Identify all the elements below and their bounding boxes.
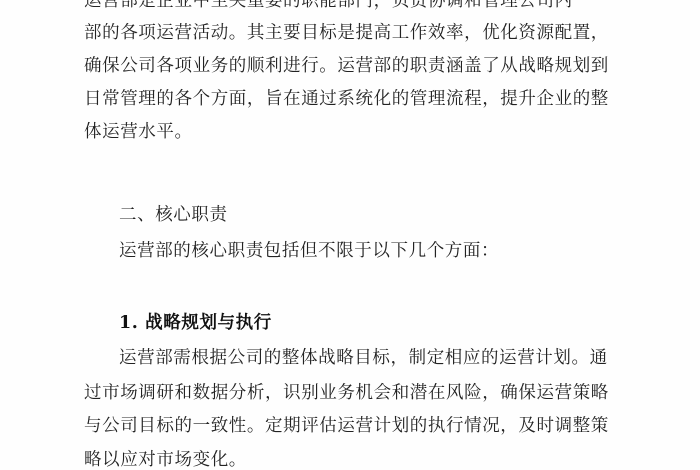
section-intro: 运营部的核心职责包括但不限于以下几个方面： xyxy=(119,241,499,261)
intro-line-2: 部的各项运营活动。其主要目标是提高工作效率，优化资源配置， xyxy=(84,23,609,43)
intro-line-5: 体运营水平。 xyxy=(84,122,193,142)
subsection-line-2: 过市场调研和数据分析，识别业务机会和潜在风险，确保运营策略 xyxy=(84,383,609,403)
intro-line-4: 日常管理的各个方面，旨在通过系统化的管理流程，提升企业的整 xyxy=(84,89,609,109)
section-heading: 二、核心职责 xyxy=(119,205,228,225)
subsection-heading: 1. 战略规划与执行 xyxy=(119,313,272,333)
subsection-line-1: 运营部需根据公司的整体战略目标，制定相应的运营计划。通 xyxy=(119,348,608,368)
intro-line-3: 确保公司各项业务的顺利进行。运营部的职责涵盖了从战略规划到 xyxy=(84,56,609,76)
subsection-line-3: 与公司目标的一致性。定期评估运营计划的执行情况，及时调整策 xyxy=(84,416,609,436)
subsection-line-4: 略以应对市场变化。 xyxy=(84,450,247,470)
document-page: 运营部是企业中至关重要的职能部门，负责协调和管理公司内 部的各项运营活动。其主要… xyxy=(0,0,700,470)
intro-line-1: 运营部是企业中至关重要的职能部门，负责协调和管理公司内 xyxy=(84,0,573,11)
